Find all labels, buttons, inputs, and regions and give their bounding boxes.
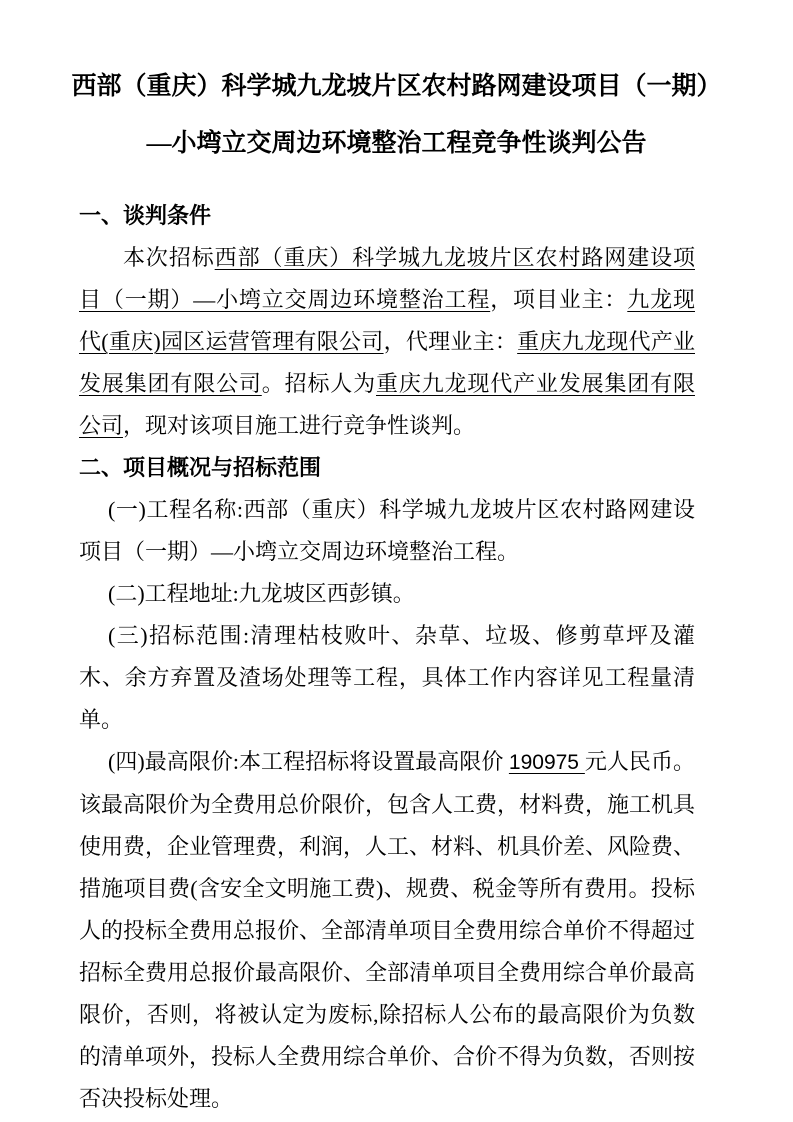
max-price-value: 190975 (509, 751, 585, 774)
text-run: (二)工程地址:九龙坡区西彭镇。 (108, 581, 415, 606)
paragraph-project-name: (一)工程名称:西部（重庆）科学城九龙坡片区农村路网建设项目（一期）—小塆立交周… (79, 489, 695, 573)
document-title-line-2: —小塆立交周边环境整治工程竞争性谈判公告 (0, 115, 793, 172)
document-title-line-1: 西部（重庆）科学城九龙坡片区农村路网建设项目（一期） (0, 58, 793, 115)
paragraph-max-price: (四)最高限价:本工程招标将设置最高限价 190975 元人民币。该最高限价为全… (79, 741, 695, 1120)
text-run: ，现对该项目施工进行竞争性谈判。 (123, 413, 475, 438)
text-run: 元人民币。该最高限价为全费用总价限价，包含人工费，材料费，施工机具使用费，企业管… (79, 749, 695, 1111)
text-run: 。招标人为 (262, 371, 376, 396)
document-title: 西部（重庆）科学城九龙坡片区农村路网建设项目（一期） —小塆立交周边环境整治工程… (0, 58, 793, 172)
section-heading-negotiation-conditions: 一、谈判条件 (79, 195, 695, 237)
document-page: 西部（重庆）科学城九龙坡片区农村路网建设项目（一期） —小塆立交周边环境整治工程… (0, 0, 793, 1122)
section-heading-project-overview: 二、项目概况与招标范围 (79, 447, 695, 489)
text-run: ，项目业主： (490, 287, 627, 312)
text-run: (四)最高限价:本工程招标将设置最高限价 (108, 749, 509, 774)
text-run: (三)招标范围:清理枯枝败叶、杂草、垃圾、修剪草坪及灌木、余方弃置及渣场处理等工… (79, 623, 695, 732)
paragraph-bidding-scope: (三)招标范围:清理枯枝败叶、杂草、垃圾、修剪草坪及灌木、余方弃置及渣场处理等工… (79, 615, 695, 741)
paragraph-project-address: (二)工程地址:九龙坡区西彭镇。 (79, 573, 695, 615)
paragraph-negotiation-conditions: 本次招标西部（重庆）科学城九龙坡片区农村路网建设项目（一期）—小塆立交周边环境整… (79, 237, 695, 447)
text-run: ，代理业主： (384, 329, 518, 354)
text-run: 本次招标 (123, 245, 215, 270)
text-run: (一)工程名称:西部（重庆）科学城九龙坡片区农村路网建设项目（一期）—小塆立交周… (79, 497, 695, 564)
